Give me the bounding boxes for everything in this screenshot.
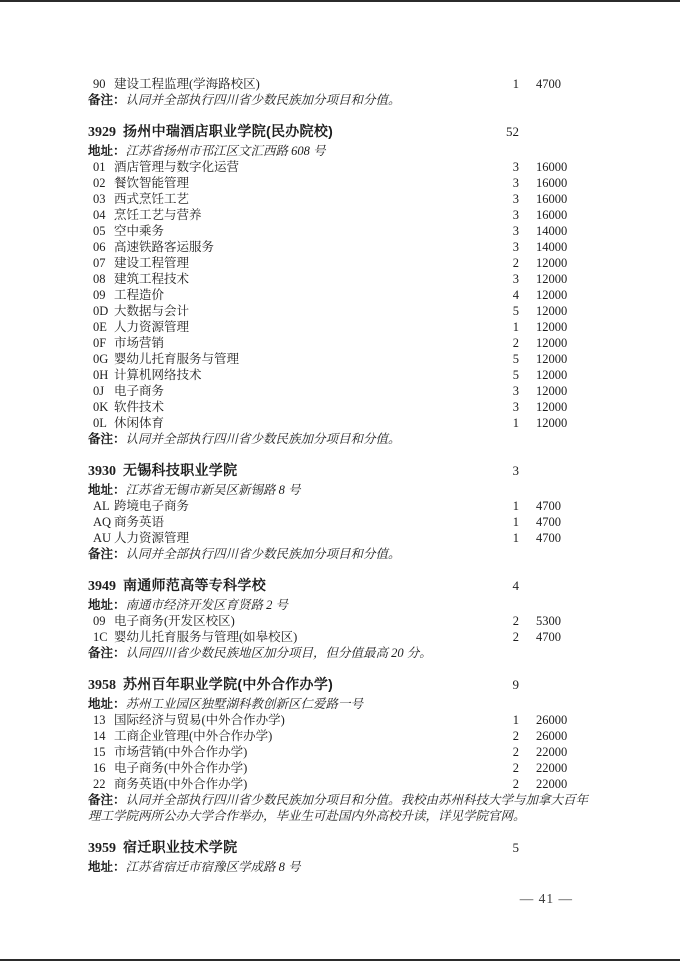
course-plan-count: 2 [489, 728, 519, 744]
course-code: AQ [93, 514, 114, 530]
course-row: 1C 婴幼儿托育服务与管理(如皋校区) 2 4700 [88, 629, 596, 645]
course-tuition-fee: 4700 [536, 76, 596, 92]
course-code: 13 [93, 712, 114, 728]
course-name: 建设工程管理 [114, 255, 489, 271]
course-row: 16 电子商务(中外合作办学) 2 22000 [88, 760, 596, 776]
course-row: 0H 计算机网络技术 5 12000 [88, 367, 596, 383]
course-code: 08 [93, 271, 114, 287]
course-row: 0K 软件技术 3 12000 [88, 399, 596, 415]
course-code: 04 [93, 207, 114, 223]
address-value: 苏州工业园区独墅湖科教创新区仁爱路一号 [126, 697, 364, 711]
address-row: 地址：苏州工业园区独墅湖科教创新区仁爱路一号 [88, 696, 596, 712]
note-row: 备注：认同并全部执行四川省少数民族加分项目和分值。 [88, 431, 596, 447]
course-row: 0E 人力资源管理 1 12000 [88, 319, 596, 335]
institution-code: 3929 [88, 122, 116, 143]
address-value: 江苏省无锡市新吴区新锡路 8 号 [126, 483, 301, 497]
institution-header: 3929 扬州中瑞酒店职业学院(民办院校) 52 [88, 121, 596, 143]
course-row: 22 商务英语(中外合作办学) 2 22000 [88, 776, 596, 792]
course-name: 人力资源管理 [114, 319, 489, 335]
course-code: AU [93, 530, 114, 546]
course-code: 0E [93, 319, 114, 335]
course-tuition-fee: 14000 [536, 223, 596, 239]
course-plan-count: 3 [489, 399, 519, 415]
course-tuition-fee: 12000 [536, 271, 596, 287]
course-code: 03 [93, 191, 114, 207]
document-body: 90 建设工程监理(学海路校区) 1 4700 备注：认同并全部执行四川省少数民… [0, 0, 680, 875]
institution-total-plan: 52 [489, 121, 519, 142]
course-name: 烹饪工艺与营养 [114, 207, 489, 223]
course-row: 14 工商企业管理(中外合作办学) 2 26000 [88, 728, 596, 744]
course-code: 02 [93, 175, 114, 191]
note-text: 认同并全部执行四川省少数民族加分项目和分值。 [126, 432, 401, 446]
course-tuition-fee: 12000 [536, 383, 596, 399]
note-text: 认同并全部执行四川省少数民族加分项目和分值。我校由苏州科技大学与加拿大百年理工学… [88, 793, 588, 823]
address-label: 地址： [88, 860, 126, 874]
address-row: 地址：南通市经济开发区育贤路 2 号 [88, 597, 596, 613]
course-code: 22 [93, 776, 114, 792]
institution-name: 扬州中瑞酒店职业学院(民办院校) [123, 121, 489, 142]
course-tuition-fee: 12000 [536, 351, 596, 367]
course-name: 跨境电子商务 [114, 498, 489, 514]
institution-section: 3930 无锡科技职业学院 3 地址：江苏省无锡市新吴区新锡路 8 号 AL 跨… [88, 460, 596, 562]
course-plan-count: 1 [489, 415, 519, 431]
course-plan-count: 1 [489, 76, 519, 92]
address-label: 地址： [88, 144, 126, 158]
address-value: 江苏省宿迁市宿豫区学成路 8 号 [126, 860, 301, 874]
course-row: 0G 婴幼儿托育服务与管理 5 12000 [88, 351, 596, 367]
course-name: 计算机网络技术 [114, 367, 489, 383]
course-name: 市场营销(中外合作办学) [114, 744, 489, 760]
course-code: 15 [93, 744, 114, 760]
course-code: 0F [93, 335, 114, 351]
course-code: 1C [93, 629, 114, 645]
course-row: 0L 休闲体育 1 12000 [88, 415, 596, 431]
course-plan-count: 2 [489, 255, 519, 271]
course-plan-count: 2 [489, 613, 519, 629]
course-plan-count: 3 [489, 159, 519, 175]
course-tuition-fee: 22000 [536, 776, 596, 792]
course-row: 0J 电子商务 3 12000 [88, 383, 596, 399]
course-name: 商务英语(中外合作办学) [114, 776, 489, 792]
course-plan-count: 2 [489, 776, 519, 792]
note-row: 备注：认同并全部执行四川省少数民族加分项目和分值。 [88, 92, 596, 108]
note-label: 备注： [88, 93, 126, 107]
course-tuition-fee: 16000 [536, 207, 596, 223]
course-tuition-fee: 16000 [536, 191, 596, 207]
course-tuition-fee: 12000 [536, 367, 596, 383]
course-code: 90 [93, 76, 114, 92]
course-tuition-fee: 22000 [536, 744, 596, 760]
institution-code: 3930 [88, 461, 116, 482]
course-plan-count: 3 [489, 175, 519, 191]
course-row: 07 建设工程管理 2 12000 [88, 255, 596, 271]
course-name: 空中乘务 [114, 223, 489, 239]
course-code: 14 [93, 728, 114, 744]
address-label: 地址： [88, 598, 126, 612]
course-tuition-fee: 26000 [536, 728, 596, 744]
course-code: 0H [93, 367, 114, 383]
address-row: 地址：江苏省无锡市新吴区新锡路 8 号 [88, 482, 596, 498]
course-code: 07 [93, 255, 114, 271]
note-row: 备注：认同并全部执行四川省少数民族加分项目和分值。我校由苏州科技大学与加拿大百年… [88, 792, 596, 824]
course-row: AU 人力资源管理 1 4700 [88, 530, 596, 546]
institution-code: 3949 [88, 576, 116, 597]
institution-header: 3958 苏州百年职业学院(中外合作办学) 9 [88, 674, 596, 696]
course-code: 0K [93, 399, 114, 415]
course-code: 0G [93, 351, 114, 367]
course-tuition-fee: 12000 [536, 319, 596, 335]
course-name: 餐饮智能管理 [114, 175, 489, 191]
course-tuition-fee: 14000 [536, 239, 596, 255]
course-tuition-fee: 12000 [536, 255, 596, 271]
course-plan-count: 3 [489, 191, 519, 207]
course-name: 婴幼儿托育服务与管理 [114, 351, 489, 367]
institution-header: 3949 南通师范高等专科学校 4 [88, 575, 596, 597]
course-name: 工商企业管理(中外合作办学) [114, 728, 489, 744]
address-row: 地址：江苏省宿迁市宿豫区学成路 8 号 [88, 859, 596, 875]
course-tuition-fee: 4700 [536, 629, 596, 645]
course-row: 04 烹饪工艺与营养 3 16000 [88, 207, 596, 223]
course-name: 高速铁路客运服务 [114, 239, 489, 255]
course-plan-count: 3 [489, 239, 519, 255]
page-number: — 41 — [520, 891, 573, 907]
course-tuition-fee: 16000 [536, 175, 596, 191]
note-label: 备注： [88, 646, 126, 660]
course-name: 电子商务(开发区校区) [114, 613, 489, 629]
note-text: 认同并全部执行四川省少数民族加分项目和分值。 [126, 547, 401, 561]
institution-total-plan: 4 [489, 575, 519, 596]
institution-name: 宿迁职业技术学院 [123, 837, 489, 858]
course-row: 09 电子商务(开发区校区) 2 5300 [88, 613, 596, 629]
course-list: 09 电子商务(开发区校区) 2 5300 1C 婴幼儿托育服务与管理(如皋校区… [88, 613, 596, 645]
course-tuition-fee: 26000 [536, 712, 596, 728]
course-tuition-fee: 16000 [536, 159, 596, 175]
course-plan-count: 2 [489, 760, 519, 776]
course-code: 01 [93, 159, 114, 175]
course-code: 06 [93, 239, 114, 255]
course-row: AQ 商务英语 1 4700 [88, 514, 596, 530]
course-list: 90 建设工程监理(学海路校区) 1 4700 [88, 76, 596, 92]
note-label: 备注： [88, 547, 126, 561]
address-row: 地址：江苏省扬州市邗江区文汇西路 608 号 [88, 143, 596, 159]
course-row: 0F 市场营销 2 12000 [88, 335, 596, 351]
note-row: 备注：认同四川省少数民族地区加分项目，但分值最高 20 分。 [88, 645, 596, 661]
institution-section: 3949 南通师范高等专科学校 4 地址：南通市经济开发区育贤路 2 号 09 … [88, 575, 596, 661]
course-plan-count: 4 [489, 287, 519, 303]
course-plan-count: 3 [489, 271, 519, 287]
course-row: 09 工程造价 4 12000 [88, 287, 596, 303]
address-label: 地址： [88, 697, 126, 711]
course-code: 05 [93, 223, 114, 239]
course-tuition-fee: 4700 [536, 514, 596, 530]
course-tuition-fee: 12000 [536, 415, 596, 431]
course-tuition-fee: 22000 [536, 760, 596, 776]
course-name: 大数据与会计 [114, 303, 489, 319]
course-row: 08 建筑工程技术 3 12000 [88, 271, 596, 287]
course-plan-count: 2 [489, 744, 519, 760]
course-row: 0D 大数据与会计 5 12000 [88, 303, 596, 319]
institution-section: 90 建设工程监理(学海路校区) 1 4700 备注：认同并全部执行四川省少数民… [88, 76, 596, 108]
course-name: 婴幼儿托育服务与管理(如皋校区) [114, 629, 489, 645]
course-row: 06 高速铁路客运服务 3 14000 [88, 239, 596, 255]
institution-section: 3929 扬州中瑞酒店职业学院(民办院校) 52 地址：江苏省扬州市邗江区文汇西… [88, 121, 596, 447]
top-edge-line [0, 0, 680, 2]
course-name: 软件技术 [114, 399, 489, 415]
course-plan-count: 1 [489, 514, 519, 530]
course-tuition-fee: 12000 [536, 399, 596, 415]
note-text: 认同并全部执行四川省少数民族加分项目和分值。 [126, 93, 401, 107]
course-tuition-fee: 5300 [536, 613, 596, 629]
address-value: 南通市经济开发区育贤路 2 号 [126, 598, 289, 612]
course-list: 01 酒店管理与数字化运营 3 16000 02 餐饮智能管理 3 16000 … [88, 159, 596, 431]
institution-code: 3959 [88, 838, 116, 859]
course-name: 工程造价 [114, 287, 489, 303]
course-name: 西式烹饪工艺 [114, 191, 489, 207]
course-row: AL 跨境电子商务 1 4700 [88, 498, 596, 514]
course-row: 02 餐饮智能管理 3 16000 [88, 175, 596, 191]
institution-total-plan: 3 [489, 460, 519, 481]
course-row: 15 市场营销(中外合作办学) 2 22000 [88, 744, 596, 760]
page: { "page": { "background": "#ffffff", "te… [0, 0, 680, 961]
course-tuition-fee: 12000 [536, 335, 596, 351]
institution-name: 南通师范高等专科学校 [123, 575, 489, 596]
course-name: 国际经济与贸易(中外合作办学) [114, 712, 489, 728]
course-code: AL [93, 498, 114, 514]
course-plan-count: 5 [489, 303, 519, 319]
course-tuition-fee: 4700 [536, 530, 596, 546]
course-name: 人力资源管理 [114, 530, 489, 546]
course-plan-count: 1 [489, 319, 519, 335]
course-name: 建筑工程技术 [114, 271, 489, 287]
course-plan-count: 3 [489, 383, 519, 399]
course-plan-count: 2 [489, 335, 519, 351]
note-row: 备注：认同并全部执行四川省少数民族加分项目和分值。 [88, 546, 596, 562]
course-plan-count: 3 [489, 223, 519, 239]
institution-header: 3930 无锡科技职业学院 3 [88, 460, 596, 482]
course-plan-count: 1 [489, 712, 519, 728]
course-code: 09 [93, 613, 114, 629]
note-label: 备注： [88, 432, 126, 446]
course-name: 商务英语 [114, 514, 489, 530]
course-row: 05 空中乘务 3 14000 [88, 223, 596, 239]
institution-header: 3959 宿迁职业技术学院 5 [88, 837, 596, 859]
note-label: 备注： [88, 793, 126, 807]
course-code: 0D [93, 303, 114, 319]
course-name: 电子商务(中外合作办学) [114, 760, 489, 776]
course-plan-count: 5 [489, 351, 519, 367]
course-plan-count: 1 [489, 498, 519, 514]
course-list: 13 国际经济与贸易(中外合作办学) 1 26000 14 工商企业管理(中外合… [88, 712, 596, 792]
course-plan-count: 3 [489, 207, 519, 223]
course-name: 酒店管理与数字化运营 [114, 159, 489, 175]
course-tuition-fee: 12000 [536, 287, 596, 303]
course-code: 16 [93, 760, 114, 776]
course-name: 电子商务 [114, 383, 489, 399]
course-row: 01 酒店管理与数字化运营 3 16000 [88, 159, 596, 175]
course-name: 建设工程监理(学海路校区) [114, 76, 489, 92]
course-row: 13 国际经济与贸易(中外合作办学) 1 26000 [88, 712, 596, 728]
institution-code: 3958 [88, 675, 116, 696]
course-code: 0J [93, 383, 114, 399]
course-tuition-fee: 4700 [536, 498, 596, 514]
course-name: 休闲体育 [114, 415, 489, 431]
course-plan-count: 5 [489, 367, 519, 383]
address-value: 江苏省扬州市邗江区文汇西路 608 号 [126, 144, 326, 158]
course-row: 03 西式烹饪工艺 3 16000 [88, 191, 596, 207]
institution-total-plan: 5 [489, 837, 519, 858]
course-plan-count: 2 [489, 629, 519, 645]
course-code: 09 [93, 287, 114, 303]
institution-name: 苏州百年职业学院(中外合作办学) [123, 674, 489, 695]
institution-total-plan: 9 [489, 674, 519, 695]
course-name: 市场营销 [114, 335, 489, 351]
institution-section: 3958 苏州百年职业学院(中外合作办学) 9 地址：苏州工业园区独墅湖科教创新… [88, 674, 596, 824]
course-row: 90 建设工程监理(学海路校区) 1 4700 [88, 76, 596, 92]
institution-section: 3959 宿迁职业技术学院 5 地址：江苏省宿迁市宿豫区学成路 8 号 [88, 837, 596, 875]
note-text: 认同四川省少数民族地区加分项目，但分值最高 20 分。 [126, 646, 432, 660]
address-label: 地址： [88, 483, 126, 497]
institution-name: 无锡科技职业学院 [123, 460, 489, 481]
course-tuition-fee: 12000 [536, 303, 596, 319]
course-plan-count: 1 [489, 530, 519, 546]
course-list: AL 跨境电子商务 1 4700 AQ 商务英语 1 4700 AU 人力资源管… [88, 498, 596, 546]
course-code: 0L [93, 415, 114, 431]
